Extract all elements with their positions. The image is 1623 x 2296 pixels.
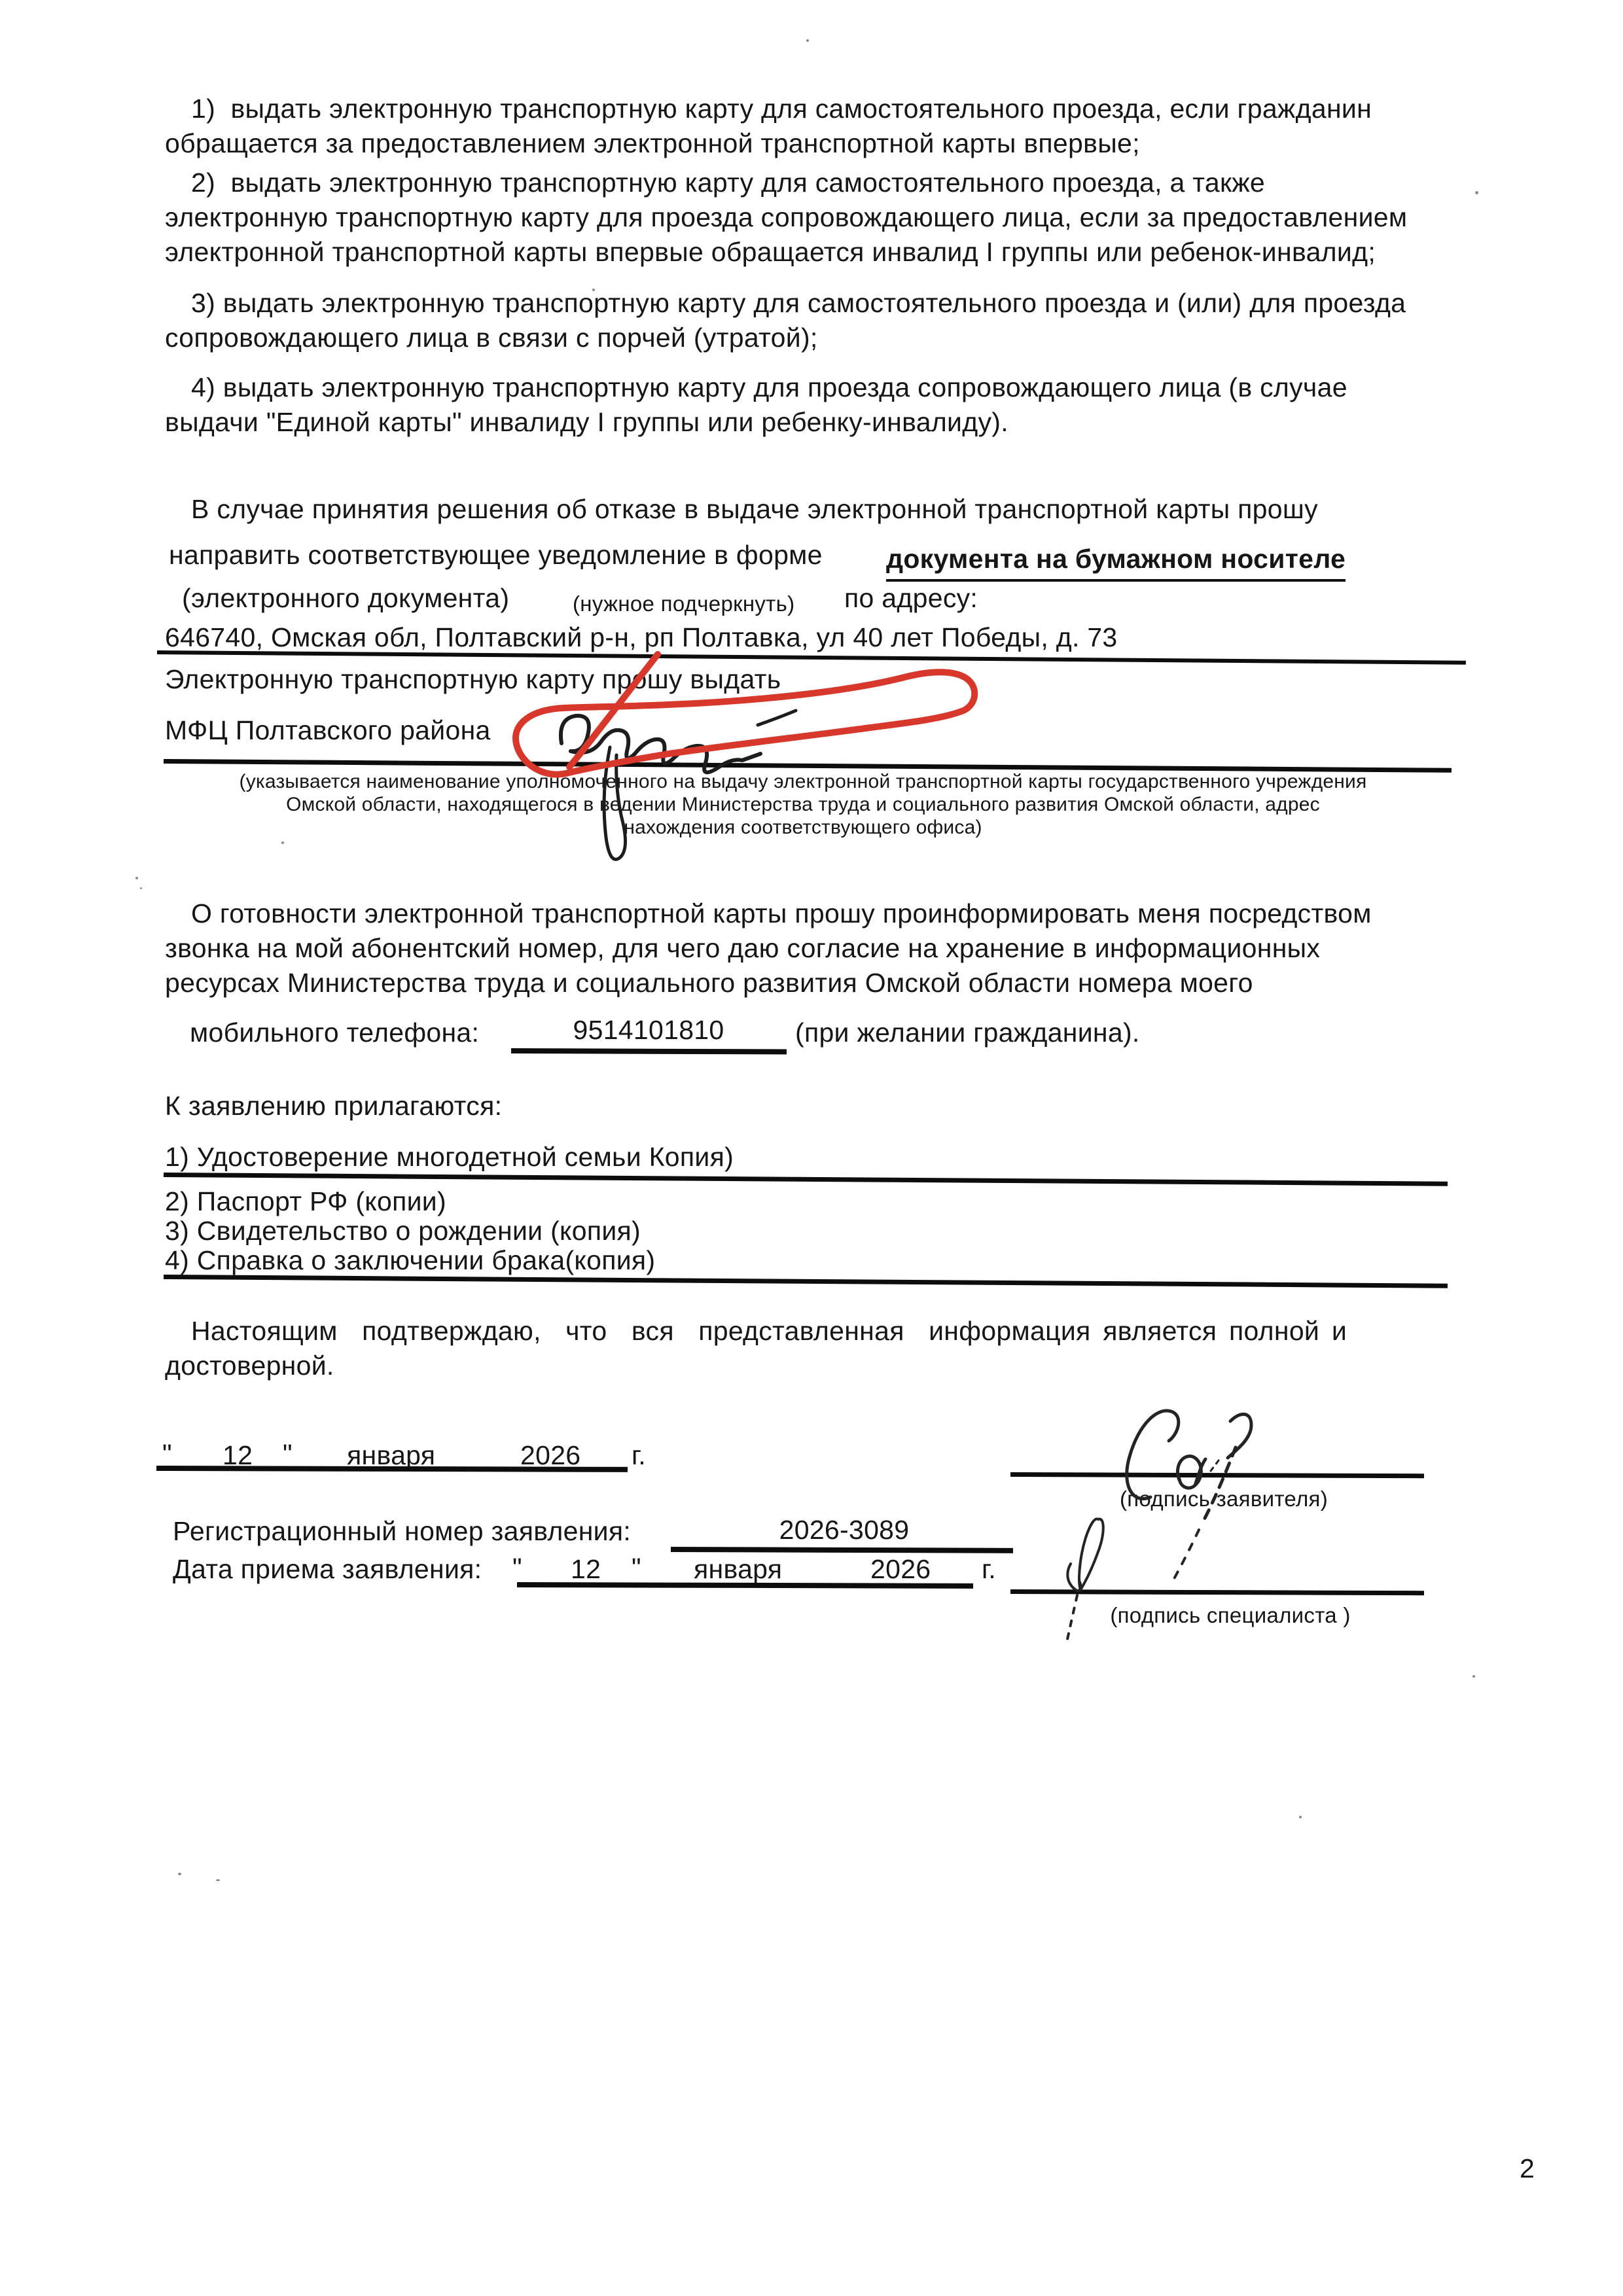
date-year-suffix: г. (632, 1438, 646, 1473)
specialist-signature-line (1010, 1589, 1424, 1595)
refusal-line-2-prefix: направить соответствующее уведомление в … (169, 538, 823, 573)
paragraph-1-line-1: 1) выдать электронную транспортную карту… (165, 92, 1372, 126)
received-month-value: января (694, 1552, 782, 1587)
paragraph-2-line-2: электронную транспортную карту для проез… (165, 200, 1407, 235)
received-close-quote: " (632, 1551, 641, 1585)
office-note-line-1: (указывается наименование уполномоченног… (165, 769, 1441, 794)
scan-speck (140, 887, 142, 889)
scan-speck (1299, 1816, 1302, 1818)
attachment-item-4: 4) Справка о заключении брака(копия) (165, 1243, 655, 1278)
office-note-line-2: Омской области, находящегося в ведении М… (165, 792, 1441, 817)
underline-instruction-note: (нужное подчеркнуть) (573, 586, 794, 621)
phone-underline (511, 1048, 787, 1054)
scan-speck (1472, 1675, 1475, 1678)
issue-request-line: Электронную транспортную карту прошу выд… (165, 662, 781, 697)
page-number: 2 (1520, 2151, 1535, 2186)
attachment-4-underline (164, 1275, 1448, 1288)
received-open-quote: " (512, 1551, 522, 1585)
received-date-underline (517, 1582, 973, 1589)
attachments-heading: К заявлению прилагаются: (165, 1089, 502, 1123)
scan-speck (281, 841, 284, 844)
paragraph-4-line-2: выдачи "Единой карты" инвалиду I группы … (165, 405, 1008, 440)
scan-speck (216, 1879, 220, 1881)
scan-speck (135, 877, 138, 879)
received-day-value: 12 (571, 1552, 601, 1587)
issuing-office-value: МФЦ Полтавского района (165, 713, 491, 748)
phone-value: 9514101810 (511, 1013, 786, 1048)
attachment-item-1: 1) Удостоверение многодетной семьи Копия… (165, 1140, 734, 1174)
office-note-line-3: нахождения соответствующего офиса) (165, 815, 1441, 839)
paragraph-1-line-2: обращается за предоставлением электронно… (165, 126, 1140, 161)
applicant-signature-caption: (подпись заявителя) (1060, 1481, 1387, 1516)
confirmation-line-1: Настоящим подтверждаю, что вся представл… (165, 1314, 1347, 1349)
applicant-address-value: 646740, Омская обл, Полтавский р-н, рп П… (165, 620, 1118, 655)
notification-form-choice: документа на бумажном носителе (886, 542, 1346, 582)
scan-speck (178, 1873, 181, 1875)
paragraph-2-line-3: электронной транспортной карты впервые о… (165, 235, 1376, 270)
scan-speck (1475, 191, 1478, 194)
specialist-signature-caption: (подпись специалиста ) (1060, 1598, 1400, 1633)
received-year-value: 2026 (870, 1552, 931, 1587)
paragraph-3-line-2: сопровождающего лица в связи с порчей (у… (165, 321, 818, 355)
notification-line-1: О готовности электронной транспортной ка… (165, 896, 1372, 931)
refusal-address-label: по адресу: (844, 581, 978, 616)
notification-line-3: ресурсах Министерства труда и социальног… (165, 966, 1253, 1000)
registration-number-value: 2026-3089 (674, 1513, 1014, 1547)
scan-speck (806, 39, 809, 42)
received-year-suffix: г. (982, 1552, 996, 1587)
applicant-signature-line (1010, 1472, 1424, 1478)
scan-speck (592, 289, 595, 291)
scanned-application-page: 1) выдать электронную транспортную карту… (0, 0, 1623, 2296)
paragraph-3-line-1: 3) выдать электронную транспортную карту… (165, 286, 1406, 321)
refusal-alt-option: (электронного документа) (182, 581, 509, 616)
phone-note: (при желании гражданина). (795, 1016, 1140, 1050)
refusal-line-1: В случае принятия решения об отказе в вы… (165, 492, 1318, 527)
received-date-label: Дата приема заявления: (173, 1552, 482, 1587)
registration-number-label: Регистрационный номер заявления: (173, 1514, 631, 1549)
notification-line-2: звонка на мой абонентский номер, для чег… (165, 931, 1320, 966)
paragraph-4-line-1: 4) выдать электронную транспортную карту… (165, 370, 1347, 405)
phone-label: мобильного телефона: (190, 1016, 479, 1050)
paragraph-2-line-1: 2) выдать электронную транспортную карту… (165, 166, 1265, 200)
confirmation-line-2: достоверной. (165, 1349, 334, 1383)
